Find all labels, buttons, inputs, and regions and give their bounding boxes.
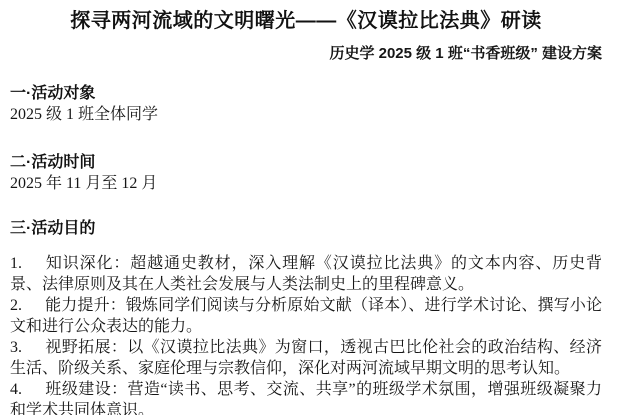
purpose-list: 1.知识深化：超越通史教材，深入理解《汉谟拉比法典》的文本内容、历史背景、法律原…	[10, 253, 602, 415]
list-item: 3.视野拓展：以《汉谟拉比法典》为窗口，透视古巴比伦社会的政治结构、经济生活、阶…	[10, 337, 602, 379]
list-item-number: 3.	[10, 337, 45, 358]
section-activity-target: 一·活动对象 2025 级 1 班全体同学	[10, 83, 602, 125]
list-item: 1.知识深化：超越通史教材，深入理解《汉谟拉比法典》的文本内容、历史背景、法律原…	[10, 253, 602, 295]
list-item-text: 视野拓展：以《汉谟拉比法典》为窗口，透视古巴比伦社会的政治结构、经济生活、阶级关…	[10, 339, 602, 377]
list-item: 2.能力提升：锻炼同学们阅读与分析原始文献（译本）、进行学术讨论、撰写小论文和进…	[10, 295, 602, 337]
document-subtitle: 历史学 2025 级 1 班“书香班级” 建设方案	[10, 44, 602, 63]
section-body-activity-target: 2025 级 1 班全体同学	[10, 104, 602, 125]
list-item-number: 1.	[10, 253, 45, 274]
document-title: 探寻两河流域的文明曙光——《汉谟拉比法典》研读	[10, 8, 602, 35]
list-item-text: 知识深化：超越通史教材，深入理解《汉谟拉比法典》的文本内容、历史背景、法律原则及…	[10, 255, 602, 293]
list-item-number: 2.	[10, 295, 45, 316]
section-heading-activity-time: 二·活动时间	[10, 152, 602, 173]
list-item-number: 4.	[10, 379, 45, 400]
section-activity-purpose: 三·活动目的 1.知识深化：超越通史教材，深入理解《汉谟拉比法典》的文本内容、历…	[10, 218, 602, 415]
section-body-activity-time: 2025 年 11 月至 12 月	[10, 173, 602, 194]
list-item: 4.班级建设：营造“读书、思考、交流、共享”的班级学术氛围，增强班级凝聚力和学术…	[10, 379, 602, 415]
list-item-text: 班级建设：营造“读书、思考、交流、共享”的班级学术氛围，增强班级凝聚力和学术共同…	[10, 381, 602, 415]
section-heading-activity-target: 一·活动对象	[10, 83, 602, 104]
section-activity-time: 二·活动时间 2025 年 11 月至 12 月	[10, 152, 602, 194]
section-heading-activity-purpose: 三·活动目的	[10, 218, 602, 239]
document-page: 探寻两河流域的文明曙光——《汉谟拉比法典》研读 历史学 2025 级 1 班“书…	[0, 0, 634, 415]
list-item-text: 能力提升：锻炼同学们阅读与分析原始文献（译本）、进行学术讨论、撰写小论文和进行公…	[10, 297, 602, 335]
